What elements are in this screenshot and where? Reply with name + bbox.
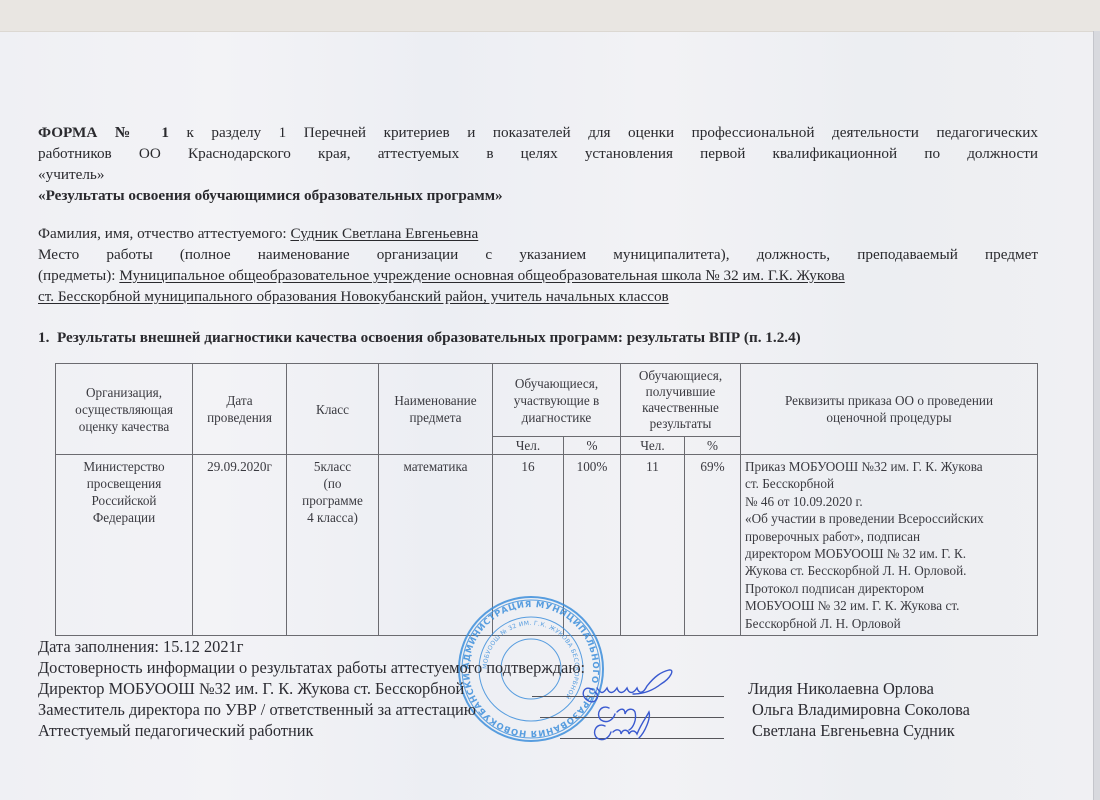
header-participants: Обучающиеся, участвующие в диагностике [492,363,621,437]
header-subject: Наименование предмета [378,363,493,455]
signatory-name-teacher: Светлана Евгеньевна Судник [752,720,955,741]
table-row-class: 5класс (по программе 4 класса) [286,454,379,636]
form-subtitle: «Результаты освоения обучающимися образо… [38,186,503,206]
form-title-line-2: работников ОО Краснодарского края, аттес… [38,144,1038,164]
section-title: Результаты внешней диагностики качества … [57,329,801,346]
table-row-quality-count: 11 [620,454,685,636]
fill-date: Дата заполнения: 15.12 2021г [38,636,244,657]
signatory-role-deputy: Заместитель директора по УВР / ответстве… [38,699,476,720]
subheader-participants-percent: % [563,436,621,455]
scan-top-strip [0,0,1100,32]
section-heading: 1. Результаты внешней диагностики качест… [38,328,801,348]
workplace-label-2: (предметы): [38,267,119,284]
header-class: Класс [286,363,379,455]
subheader-participants-count: Чел. [492,436,564,455]
workplace-value-1: Муниципальное общеобразовательное учрежд… [119,267,844,284]
signatory-name-director: Лидия Николаевна Орлова [748,678,934,699]
subheader-quality-percent: % [684,436,741,455]
workplace-label: Место работы (полное наименование органи… [38,245,1038,265]
header-org: Организация, осуществляющая оценку качес… [55,363,193,455]
signatory-role-director: Директор МОБУООШ №32 им. Г. К. Жукова ст… [38,678,464,699]
form-title-line-3: «учитель» [38,165,104,185]
form-title-line-1: ФОРМА № 1 к разделу 1 Перечней критериев… [38,123,1038,143]
form-subtitle-text: «Результаты освоения обучающимися образо… [38,187,503,204]
subheader-quality-count: Чел. [620,436,685,455]
section-number: 1. [38,329,49,346]
signatory-role-teacher: Аттестуемый педагогический работник [38,720,313,741]
table-row-org: Министерство просвещения Российской Феде… [55,454,193,636]
handwritten-signatures-icon [575,668,725,748]
form-title-text: к разделу 1 Перечней критериев и показат… [169,124,1038,141]
scan-page-edge [1093,31,1100,800]
signatory-name-deputy: Ольга Владимировна Соколова [752,699,970,720]
workplace-line-3: ст. Бесскорбной муниципального образован… [38,287,669,307]
table-row-date: 29.09.2020г [192,454,287,636]
workplace-value-2: ст. Бесскорбной муниципального образован… [38,288,669,305]
fio-value: Судник Светлана Евгеньевна [290,225,478,242]
confirmation-text: Достоверность информации о результатах р… [38,657,585,678]
header-quality: Обучающиеся, получившие качественные рез… [620,363,741,437]
form-number: ФОРМА № 1 [38,124,169,141]
fio-line: Фамилия, имя, отчество аттестуемого: Суд… [38,224,478,244]
table-row-quality-percent: 69% [684,454,741,636]
header-order: Реквизиты приказа ОО о проведении оценоч… [740,363,1038,455]
table-row-order: Приказ МОБУООШ №32 им. Г. К. Жукова ст. … [740,454,1038,636]
header-date: Дата проведения [192,363,287,455]
workplace-line-2: (предметы): Муниципальное общеобразовате… [38,266,845,286]
fio-label: Фамилия, имя, отчество аттестуемого: [38,225,290,242]
